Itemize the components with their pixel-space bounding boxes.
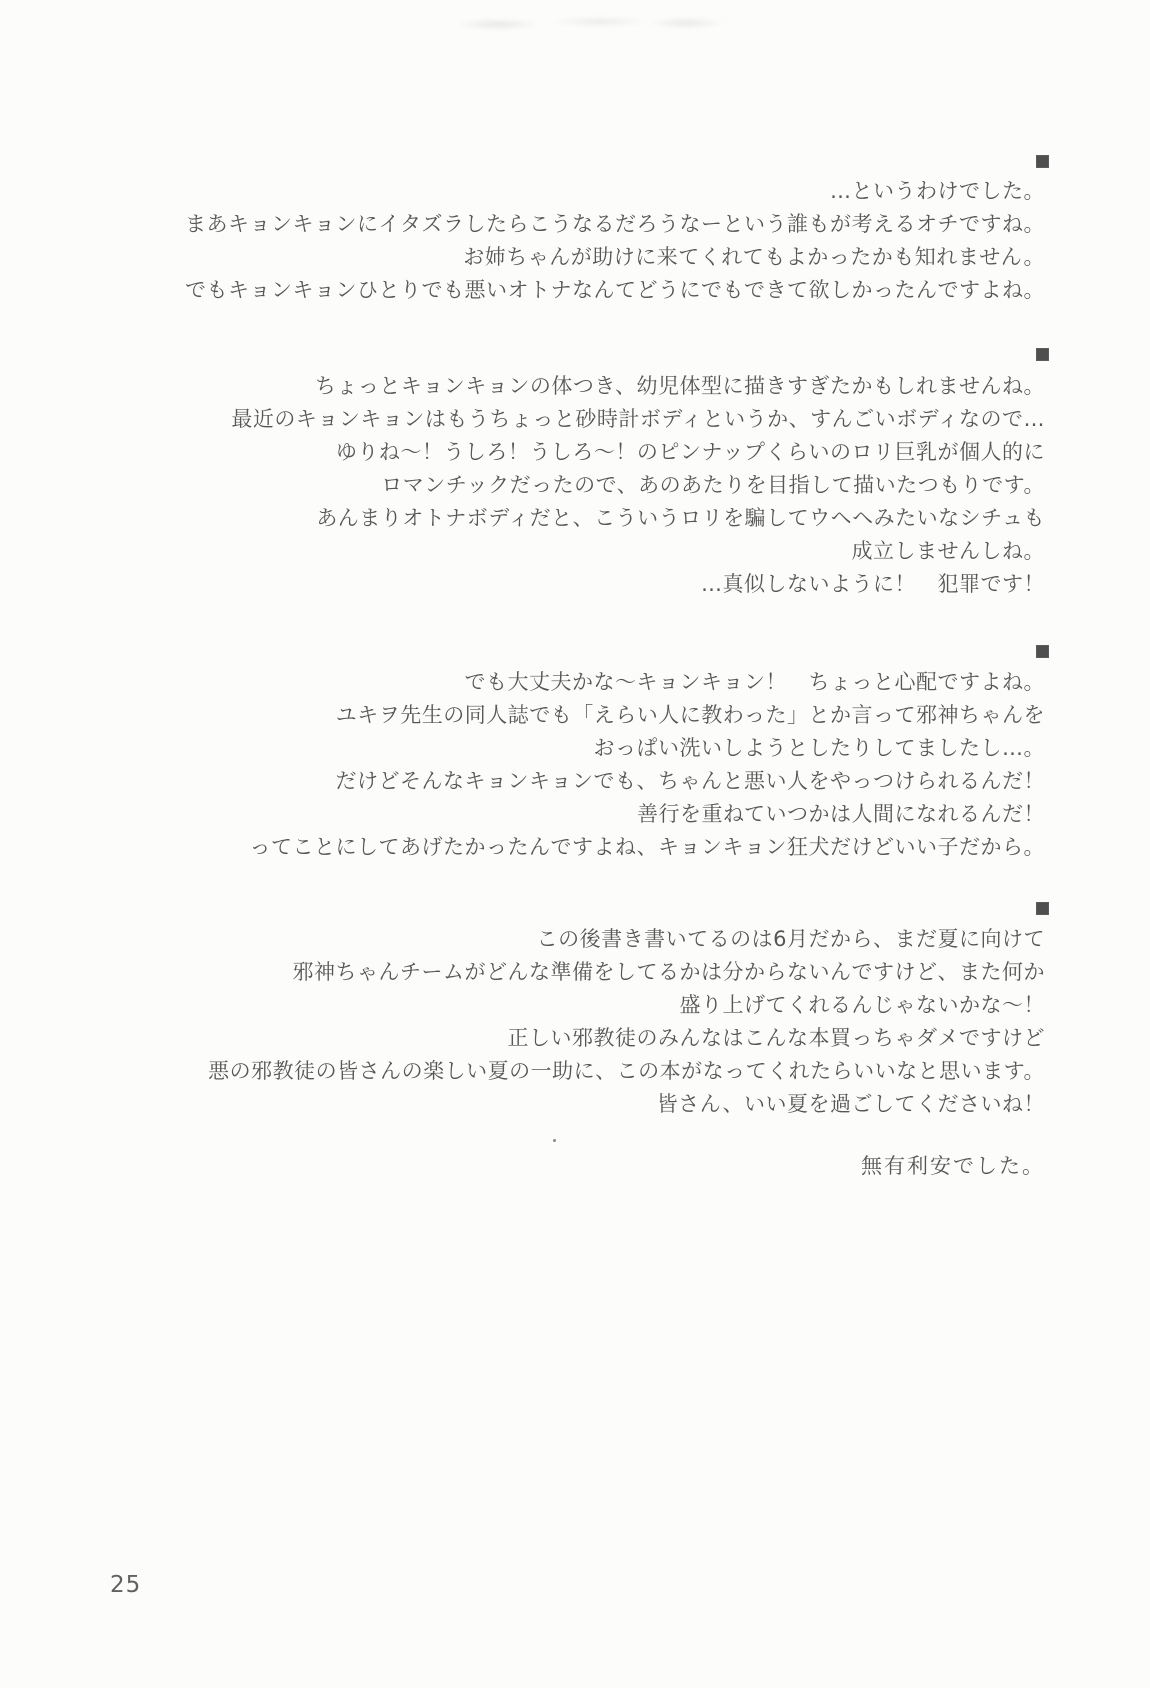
text-line: でも大丈夫かな～キョンキョン！ ちょっと心配ですよね。 bbox=[60, 666, 1045, 699]
text-line: ロマンチックだったので、あのあたりを目指して描いたつもりです。 bbox=[60, 469, 1045, 502]
text-line: 悪の邪教徒の皆さんの楽しい夏の一助に、この本がなってくれたらいいなと思います。 bbox=[60, 1055, 1045, 1088]
text-line: まあキョンキョンにイタズラしたらこうなるだろうなーという誰もが考えるオチですね。 bbox=[60, 208, 1045, 241]
square-bullet-icon bbox=[1036, 902, 1049, 915]
scan-bleed-artifact bbox=[440, 10, 730, 36]
square-bullet-icon bbox=[1036, 645, 1049, 658]
square-bullet-icon bbox=[1036, 155, 1049, 168]
text-line: 最近のキョンキョンはもうちょっと砂時計ボディというか、すんごいボディなので… bbox=[60, 403, 1045, 436]
afterword-block-1: …というわけでした。 まあキョンキョンにイタズラしたらこうなるだろうなーという誰… bbox=[60, 175, 1045, 307]
text-line: ユキヲ先生の同人誌でも「えらい人に教わった」とか言って邪神ちゃんを bbox=[60, 699, 1045, 732]
square-bullet-icon bbox=[1036, 348, 1049, 361]
afterword-page: …というわけでした。 まあキョンキョンにイタズラしたらこうなるだろうなーという誰… bbox=[0, 0, 1150, 1688]
text-line: 邪神ちゃんチームがどんな準備をしてるかは分からないんですけど、また何か bbox=[60, 956, 1045, 989]
text-line: ちょっとキョンキョンの体つき、幼児体型に描きすぎたかもしれませんね。 bbox=[60, 370, 1045, 403]
text-line: …真似しないように！ 犯罪です！ bbox=[60, 568, 1045, 601]
text-line: 盛り上げてくれるんじゃないかな～！ bbox=[60, 989, 1045, 1022]
text-line: ゆりね～！うしろ！うしろ～！のピンナップくらいのロリ巨乳が個人的に bbox=[60, 436, 1045, 469]
scan-dot-artifact bbox=[553, 1139, 556, 1142]
text-line: 善行を重ねていつかは人間になれるんだ！ bbox=[60, 798, 1045, 831]
text-line: お姉ちゃんが助けに来てくれてもよかったかも知れません。 bbox=[60, 241, 1045, 274]
text-line: おっぱい洗いしようとしたりしてましたし…。 bbox=[60, 732, 1045, 765]
text-line: 皆さん、いい夏を過ごしてくださいね！ bbox=[60, 1088, 1045, 1121]
text-line: …というわけでした。 bbox=[60, 175, 1045, 208]
afterword-block-3: でも大丈夫かな～キョンキョン！ ちょっと心配ですよね。 ユキヲ先生の同人誌でも「… bbox=[60, 666, 1045, 864]
text-line: でもキョンキョンひとりでも悪いオトナなんてどうにでもできて欲しかったんですよね。 bbox=[60, 274, 1045, 307]
text-line: あんまりオトナボディだと、こういうロリを騙してウヘヘみたいなシチュも bbox=[60, 502, 1045, 535]
text-line: この後書き書いてるのは6月だから、まだ夏に向けて bbox=[60, 923, 1045, 956]
text-line: だけどそんなキョンキョンでも、ちゃんと悪い人をやっつけられるんだ！ bbox=[60, 765, 1045, 798]
text-line: 成立しませんしね。 bbox=[60, 535, 1045, 568]
afterword-block-4: この後書き書いてるのは6月だから、まだ夏に向けて 邪神ちゃんチームがどんな準備を… bbox=[60, 923, 1045, 1121]
page-number: 25 bbox=[110, 1572, 141, 1598]
author-signature: 無有利安でした。 bbox=[861, 1150, 1045, 1183]
text-line: 正しい邪教徒のみんなはこんな本買っちゃダメですけど bbox=[60, 1022, 1045, 1055]
text-line: ってことにしてあげたかったんですよね、キョンキョン狂犬だけどいい子だから。 bbox=[60, 831, 1045, 864]
afterword-block-2: ちょっとキョンキョンの体つき、幼児体型に描きすぎたかもしれませんね。 最近のキョ… bbox=[60, 370, 1045, 601]
